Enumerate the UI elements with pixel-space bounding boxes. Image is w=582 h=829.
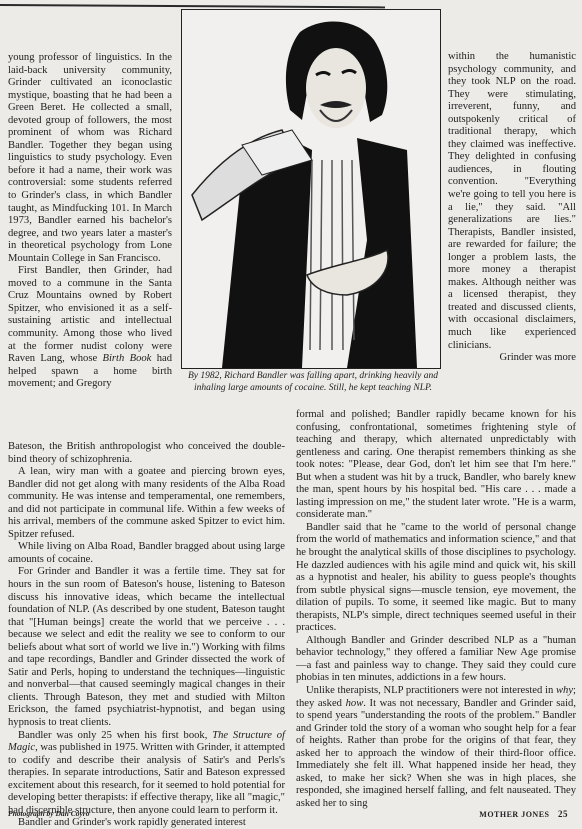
photo-richard-bandler [181, 9, 441, 369]
paragraph: Bandler was only 25 when his first book,… [8, 730, 285, 818]
page-footer: MOTHER JONES 25 [479, 809, 568, 819]
paragraph: formal and polished; Bandler rapidly bec… [296, 409, 576, 522]
paragraph: Bandler said that he "came to the world … [296, 522, 576, 635]
paragraph: For Grinder and Bandler it was a fertile… [8, 566, 285, 729]
paragraph: Grinder was more [448, 352, 576, 365]
left-column: young professor of linguistics. In the l… [8, 52, 172, 391]
paragraph: Unlike therapists, NLP practitioners wer… [296, 685, 576, 810]
bottom-right-column: formal and polished; Bandler rapidly bec… [296, 409, 576, 811]
paragraph: young professor of linguistics. In the l… [8, 52, 172, 265]
paragraph: First Bandler, then Grinder, had moved t… [8, 265, 172, 390]
paragraph: Bandler and Grinder's work rapidly gener… [8, 817, 285, 829]
bottom-left-column: Bateson, the British anthropologist who … [8, 441, 285, 829]
portrait-illustration [182, 10, 440, 368]
paragraph: within the humanistic psychology communi… [448, 51, 576, 352]
paragraph: While living on Alba Road, Bandler bragg… [8, 541, 285, 566]
paragraph: A lean, wiry man with a goatee and pierc… [8, 466, 285, 541]
photo-caption: By 1982, Richard Bandler was falling apa… [178, 370, 448, 394]
top-rule [0, 4, 385, 8]
photo-credit: Photograph by Dan Coyro [8, 809, 89, 818]
page-number: 25 [558, 809, 568, 819]
paragraph: Bateson, the British anthropologist who … [8, 441, 285, 466]
right-column: within the humanistic psychology communi… [448, 51, 576, 365]
publication-name: MOTHER JONES [479, 810, 549, 819]
paragraph: Although Bandler and Grinder described N… [296, 635, 576, 685]
